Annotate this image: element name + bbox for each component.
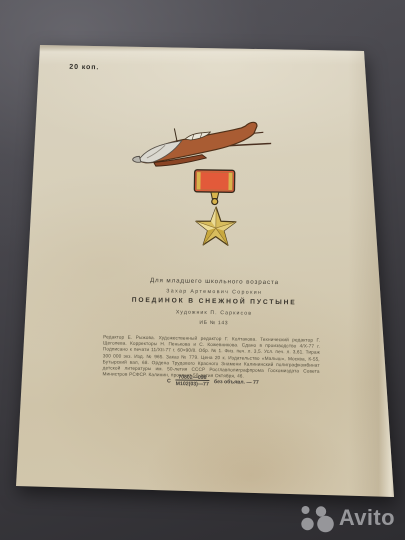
book-back-cover-page: 20 коп. xyxy=(0,0,405,540)
catalog-code: С 70802—098 М102(03)—77 без объявл. — 77 xyxy=(105,373,320,389)
book-title: ПОЕДИНОК В СНЕЖНОЙ ПУСТЫНЕ xyxy=(107,296,322,306)
catalog-fraction: 70802—098 М102(03)—77 xyxy=(176,374,209,388)
listing-photo: 20 коп. xyxy=(0,0,405,540)
gold-star-medal-icon xyxy=(188,167,245,256)
avito-wordmark: Avito xyxy=(339,507,395,529)
page-content: 20 коп. xyxy=(0,0,405,540)
author-line: Захар Артемович Сорокин xyxy=(107,287,322,296)
avito-watermark: Avito xyxy=(299,503,395,533)
avito-logo-icon xyxy=(299,503,335,533)
artist-line: Художник П. Саркисов xyxy=(106,308,321,317)
book-shadow-wrap: 20 коп. xyxy=(0,0,405,540)
catalog-prefix: С xyxy=(167,378,171,384)
audience-line: Для младшего школьного возраста xyxy=(107,276,322,286)
imprint-block: Для младшего школьного возраста Захар Ар… xyxy=(111,0,326,2)
price-text: 20 коп. xyxy=(69,64,99,71)
catalog-suffix: без объявл. — 77 xyxy=(214,379,259,386)
ib-number: ИБ № 143 xyxy=(106,318,321,327)
catalog-denominator: М102(03)—77 xyxy=(176,379,209,387)
